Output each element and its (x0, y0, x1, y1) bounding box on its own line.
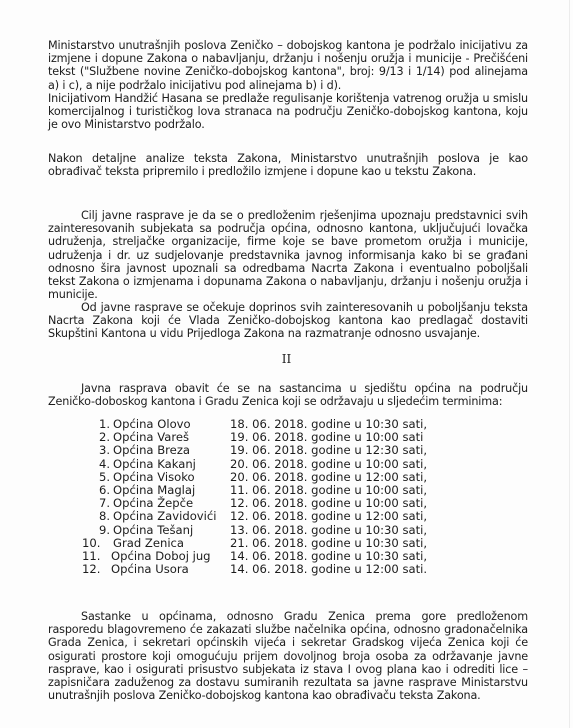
schedule-place: Općina Usora (111, 563, 189, 576)
paragraph-debate-goal: Cilj javne rasprave je da se o predložen… (48, 209, 528, 301)
paragraph-meetings-organization: Sastanke u općinama, odnosno Gradu Zenic… (48, 610, 528, 702)
schedule-place: Grad Zenica (113, 537, 184, 550)
paragraph-schedule-intro: Javna rasprava obavit će se na sastancim… (48, 382, 528, 408)
schedule-date: 21. 06. 2018. godine u 10:30 sati, (230, 537, 427, 550)
paragraph-ministry-support: Ministarstvo unutrašnjih poslova Zeničko… (48, 39, 528, 92)
schedule-date: 12. 06. 2018. godine u 12:00 sati, (230, 510, 427, 523)
section-heading: II (0, 352, 573, 366)
paragraph-analysis: Nakon detaljne analize teksta Zakona, Mi… (48, 152, 528, 178)
schedule-place: Općina Kakanj (113, 458, 196, 471)
schedule-place: Općina Breza (113, 444, 190, 457)
paragraph-handzic-initiative: Inicijativom Handžić Hasana se predlaže … (48, 92, 528, 132)
schedule-place: Općina Tešanj (113, 524, 193, 537)
schedule-date: 20. 06. 2018. godine u 10:00 sati, (230, 458, 427, 471)
schedule-date: 13. 06. 2018. godine u 10:30 sati, (230, 524, 427, 537)
document-page: Ministarstvo unutrašnjih poslova Zeničko… (0, 0, 573, 728)
schedule-place: Općina Visoko (113, 471, 195, 484)
paragraph-debate-expectation: Od javne rasprave se očekuje doprinos sv… (48, 301, 528, 341)
schedule-place: Općina Zavidovići (113, 510, 216, 523)
schedule-date: 20. 06. 2018. godine u 12:00 sati, (230, 471, 427, 484)
schedule-date: 14. 06. 2018. godine u 12:00 sati. (230, 563, 427, 576)
schedule-date: 19. 06. 2018. godine u 12:30 sati, (230, 444, 427, 457)
